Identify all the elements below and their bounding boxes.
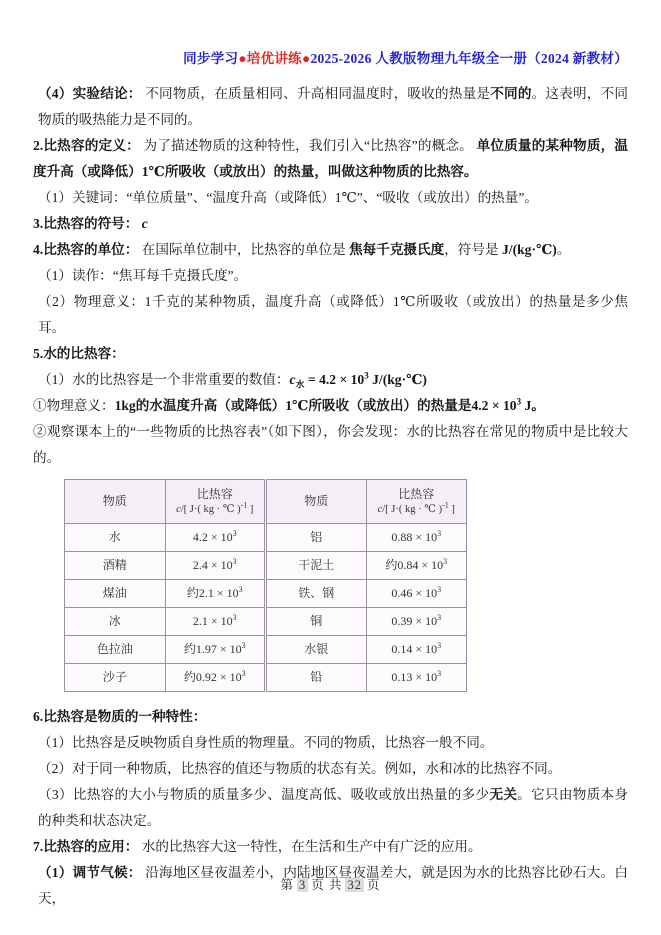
substance-cell: 水 — [65, 524, 166, 552]
paragraph: 7.比热容的应用： 水的比热容大这一特性，在生活和生产中有广泛的应用。 — [33, 834, 628, 860]
unit-symbol: c — [378, 504, 383, 515]
text-run: （1）关键词：“单位质量”、“温度升高（或降低）1℃”、“吸收（或放出）的热量”… — [38, 190, 538, 205]
header-segment: 同步学习 — [183, 51, 238, 66]
table-row: 酒精2.4 × 103干泥土约0.84 × 103 — [65, 552, 467, 580]
table-header-cell: 比热容c/[ J·( kg · ℃ )-1 ] — [366, 480, 467, 524]
value-cell: 约2.1 × 103 — [165, 580, 266, 608]
footer-mid: 页 共 — [311, 878, 342, 892]
paragraph: 6.比热容是物质的一种特性： — [33, 704, 628, 730]
value-exponent: 3 — [437, 613, 441, 622]
value-exponent: 3 — [233, 529, 237, 538]
substance-cell: 铝 — [266, 524, 367, 552]
text-run: 3.比热容的符号： — [33, 216, 138, 231]
footer-suffix: 页 — [367, 878, 381, 892]
substance-cell: 冰 — [65, 608, 166, 636]
substance-cell: 色拉油 — [65, 636, 166, 664]
document-page: 同步学习●培优讲练●2025-2026 人教版物理九年级全一册（2024 新教材… — [0, 0, 661, 935]
text-run: （1）水的比热容是一个非常重要的数值： — [38, 372, 289, 387]
text-run: 。 — [557, 242, 571, 257]
value-exponent: 3 — [233, 557, 237, 566]
text-run: （1）读作：“焦耳每千克摄氏度”。 — [38, 268, 247, 283]
value-exponent: 3 — [437, 585, 441, 594]
text-run: （2）对于同一种物质，比热容的值还与物质的状态有关。例如，水和冰的比热容不同。 — [38, 761, 561, 776]
column-title: 比热容 — [168, 487, 263, 502]
page-number-field: 3 — [297, 878, 308, 892]
paragraph: （2）对于同一种物质，比热容的值还与物质的状态有关。例如，水和冰的比热容不同。 — [33, 756, 628, 782]
page-header: 同步学习●培优讲练●2025-2026 人教版物理九年级全一册（2024 新教材… — [33, 47, 628, 67]
value-exponent: 3 — [242, 669, 246, 678]
text-run: 为了描述物质的这种特性，我们引入“比热容”的概念。 — [140, 138, 477, 153]
unit-symbol: c — [176, 504, 181, 515]
text-run: ①物理意义： — [33, 398, 115, 413]
value-cell: 0.88 × 103 — [366, 524, 467, 552]
text-run: （1）比热容是反映物质自身性质的物理量。不同的物质，比热容一般不同。 — [38, 735, 493, 750]
text-run: 焦每千克摄氏度 — [349, 242, 444, 257]
value-cell: 0.14 × 103 — [366, 636, 467, 664]
section-before-table: （4）实验结论： 不同物质，在质量相同、升高相同温度时，吸收的热量是不同的。这表… — [33, 81, 628, 471]
paragraph: （1）水的比热容是一个非常重要的数值：c水 = 4.2 × 103 J/(kg·… — [33, 367, 628, 393]
paragraph: 3.比热容的符号： c — [33, 211, 628, 237]
text-run: （2）物理意义：1千克的某种物质，温度升高（或降低）1℃所吸收（或放出）的热量是… — [38, 294, 628, 335]
column-title: 比热容 — [369, 487, 465, 502]
text-run: 水的比热容大这一特性，在生活和生产中有广泛的应用。 — [138, 839, 481, 854]
paragraph: ①物理意义：1kg的水温度升高（或降低）1℃所吸收（或放出）的热量是4.2 × … — [33, 393, 628, 419]
text-run: ②观察课本上的“一些物质的比热容表”（如下图），你会发现：水的比热容在常见的物质… — [33, 424, 628, 465]
value-exponent: 3 — [239, 585, 243, 594]
text-run: （4）实验结论： — [38, 86, 142, 101]
substance-cell: 沙子 — [65, 664, 166, 692]
value-cell: 约1.97 × 103 — [165, 636, 266, 664]
value-exponent: 3 — [437, 669, 441, 678]
substance-cell: 铁、钢 — [266, 580, 367, 608]
column-title: 物质 — [269, 494, 364, 509]
value-exponent: 3 — [443, 557, 447, 566]
substance-cell: 铅 — [266, 664, 367, 692]
header-segment: ● — [238, 51, 246, 66]
header-segment: 2025-2026 人教版物理九年级全一册（2024 新教材） — [310, 51, 628, 66]
specific-heat-table-head: 物质比热容c/[ J·( kg · ℃ )-1 ]物质比热容c/[ J·( kg… — [65, 480, 467, 524]
table-row: 水4.2 × 103铝0.88 × 103 — [65, 524, 467, 552]
text-run: 7.比热容的应用： — [33, 839, 138, 854]
text-run: = 4.2 × 10 — [305, 372, 365, 387]
text-run: 1kg的水温度升高（或降低）1℃所吸收（或放出）的热量是4.2 × 10 — [115, 398, 517, 413]
paragraph: （3）比热容的大小与物质的质量多少、温度高低、吸收或放出热量的多少无关。它只由物… — [33, 782, 628, 834]
value-cell: 0.39 × 103 — [366, 608, 467, 636]
substance-cell: 酒精 — [65, 552, 166, 580]
paragraph: （4）实验结论： 不同物质，在质量相同、升高相同温度时，吸收的热量是不同的。这表… — [33, 81, 628, 133]
table-header-cell: 比热容c/[ J·( kg · ℃ )-1 ] — [165, 480, 266, 524]
column-unit: c/[ J·( kg · ℃ )-1 ] — [369, 503, 465, 516]
column-title: 物质 — [67, 494, 163, 509]
paragraph: （1）比热容是反映物质自身性质的物理量。不同的物质，比热容一般不同。 — [33, 730, 628, 756]
text-run: 水 — [296, 380, 305, 390]
column-unit: c/[ J·( kg · ℃ )-1 ] — [168, 503, 263, 516]
table-header-cell: 物质 — [266, 480, 367, 524]
value-exponent: 3 — [437, 641, 441, 650]
table-header-row: 物质比热容c/[ J·( kg · ℃ )-1 ]物质比热容c/[ J·( kg… — [65, 480, 467, 524]
paragraph: 5.水的比热容： — [33, 341, 628, 367]
text-run: （3）比热容的大小与物质的质量多少、温度高低、吸收或放出热量的多少 — [38, 787, 489, 802]
paragraph: （2）物理意义：1千克的某种物质，温度升高（或降低）1℃所吸收（或放出）的热量是… — [33, 289, 628, 341]
text-run: 6.比热容是物质的一种特性： — [33, 709, 206, 724]
paragraph: （1）读作：“焦耳每千克摄氏度”。 — [33, 263, 628, 289]
value-cell: 0.13 × 103 — [366, 664, 467, 692]
specific-heat-table-body: 水4.2 × 103铝0.88 × 103酒精2.4 × 103干泥土约0.84… — [65, 524, 467, 692]
page-footer: 第3页 共32页 — [0, 875, 661, 893]
text-run: 4.比热容的单位： — [33, 242, 138, 257]
text-run: 不同物质，在质量相同、升高相同温度时，吸收的热量是 — [142, 86, 491, 101]
text-run: 在国际单位制中，比热容的单位是 — [138, 242, 349, 257]
substance-cell: 干泥土 — [266, 552, 367, 580]
paragraph: 4.比热容的单位： 在国际单位制中，比热容的单位是 焦每千克摄氏度，符号是 J/… — [33, 237, 628, 263]
value-cell: 4.2 × 103 — [165, 524, 266, 552]
substance-cell: 煤油 — [65, 580, 166, 608]
paragraph: 2.比热容的定义： 为了描述物质的这种特性，我们引入“比热容”的概念。 单位质量… — [33, 133, 628, 185]
total-pages-field: 32 — [345, 878, 364, 892]
text-run: 不同的 — [490, 86, 531, 101]
page-content: （4）实验结论： 不同物质，在质量相同、升高相同温度时，吸收的热量是不同的。这表… — [33, 81, 628, 912]
substance-cell: 水银 — [266, 636, 367, 664]
text-run: 无关 — [489, 787, 517, 802]
text-run: c — [142, 216, 148, 231]
value-exponent: 3 — [242, 641, 246, 650]
specific-heat-table: 物质比热容c/[ J·( kg · ℃ )-1 ]物质比热容c/[ J·( kg… — [64, 479, 467, 692]
table-row: 煤油约2.1 × 103铁、钢0.46 × 103 — [65, 580, 467, 608]
paragraph: ②观察课本上的“一些物质的比热容表”（如下图），你会发现：水的比热容在常见的物质… — [33, 419, 628, 471]
unit-exponent: -1 — [442, 500, 449, 509]
table-row: 色拉油约1.97 × 103水银0.14 × 103 — [65, 636, 467, 664]
value-cell: 约0.92 × 103 — [165, 664, 266, 692]
value-cell: 2.1 × 103 — [165, 608, 266, 636]
substance-cell: 铜 — [266, 608, 367, 636]
value-exponent: 3 — [437, 529, 441, 538]
unit-exponent: -1 — [241, 500, 248, 509]
footer-prefix: 第 — [281, 878, 295, 892]
text-run: J/(kg·℃) — [369, 372, 427, 387]
text-run: J。 — [521, 398, 545, 413]
value-exponent: 3 — [233, 613, 237, 622]
table-header-cell: 物质 — [65, 480, 166, 524]
value-cell: 0.46 × 103 — [366, 580, 467, 608]
table-row: 沙子约0.92 × 103铅0.13 × 103 — [65, 664, 467, 692]
table-row: 冰2.1 × 103铜0.39 × 103 — [65, 608, 467, 636]
value-cell: 2.4 × 103 — [165, 552, 266, 580]
header-segment: 培优讲练 — [247, 51, 302, 66]
text-run: J/(kg·℃) — [502, 242, 557, 257]
text-run: ，符号是 — [444, 242, 502, 257]
text-run: 5.水的比热容： — [33, 346, 125, 361]
paragraph: （1）关键词：“单位质量”、“温度升高（或降低）1℃”、“吸收（或放出）的热量”… — [33, 185, 628, 211]
text-run: 2.比热容的定义： — [33, 138, 140, 153]
value-cell: 约0.84 × 103 — [366, 552, 467, 580]
